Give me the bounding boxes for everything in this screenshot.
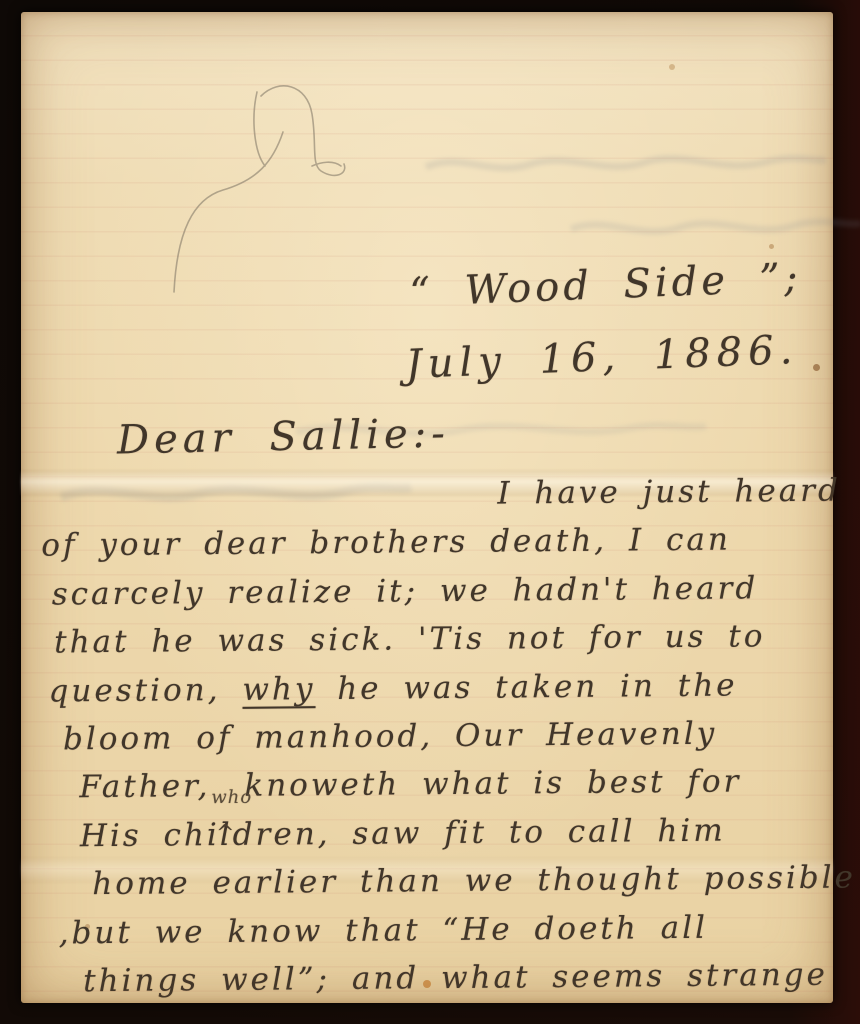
letter-line: of your dear brothers death, I can — [41, 515, 857, 571]
salutation: Dear Sallie:- — [117, 411, 451, 464]
letter-line: home earlier than we thought possible — [44, 854, 860, 910]
letter-body: I have just heardof your dear brothers d… — [41, 466, 860, 1005]
text-segment: I have just heard — [497, 473, 841, 512]
letter-line: that he was sick. 'Tis not for us to — [42, 612, 858, 668]
text-segment: ,but we know that “He doeth all — [59, 909, 709, 951]
text-segment: home earlier than we thought possible — [92, 860, 856, 903]
pencil-doodle — [161, 70, 391, 310]
text-segment: knoweth what is best for — [244, 764, 741, 804]
text-segment: of your dear brothers death, I can — [41, 522, 731, 564]
letter-line: I have just heard — [41, 466, 857, 522]
text-segment: he was taken in the — [315, 667, 738, 707]
letter-line: bloom of manhood, Our Heavenly — [43, 708, 859, 764]
foxing-spot — [669, 64, 675, 70]
letter-line: ,but we know that “He doeth all — [44, 902, 860, 958]
letter-line: Father,who^knoweth what is best for — [43, 757, 859, 813]
letter-line: scarcely realize it; we hadn't heard — [42, 563, 858, 619]
text-segment: His children, saw fit to call him — [80, 812, 726, 854]
letter-line: things well”; and what seems strange — [45, 950, 860, 1006]
text-segment: scarcely realize it; we hadn't heard — [52, 570, 759, 612]
text-segment: bloom of manhood, Our Heavenly — [63, 716, 717, 758]
underlined-word: why — [242, 671, 315, 708]
letter-line: His children, saw fit to call him — [44, 805, 860, 861]
letter-heading: “ Wood Side ”; July 16, 1886. — [370, 242, 805, 402]
bleedthrough-smudge — [421, 132, 831, 192]
letter-line: question, why he was taken in the — [42, 660, 858, 716]
text-segment: question, — [48, 671, 242, 709]
heading-date: July 16, 1886. — [373, 314, 805, 402]
letter-paper: “ Wood Side ”; July 16, 1886. Dear Salli… — [21, 12, 833, 1003]
photo-background: “ Wood Side ”; July 16, 1886. Dear Salli… — [0, 0, 860, 1024]
foxing-spot — [813, 364, 820, 371]
text-segment: that he was sick. 'Tis not for us to — [54, 618, 766, 660]
text-segment: Father, — [79, 768, 210, 805]
text-segment: things well”; and what seems strange — [83, 957, 828, 999]
